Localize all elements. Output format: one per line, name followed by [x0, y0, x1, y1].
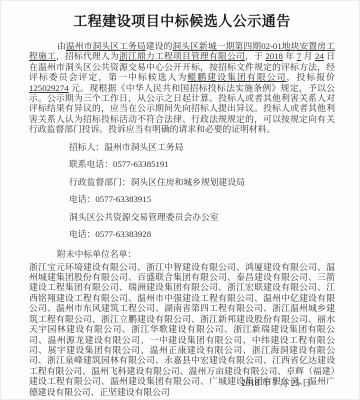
announcement-body: 由温州市洞头区工务局建设的洞头区新城一期第四期02-01地块安置房工程施工，招标…	[29, 41, 335, 135]
trade-office-phone-line: 电话：0577-63383928	[29, 229, 335, 240]
page-title: 工程建设项目中标候选人公示通告	[29, 11, 335, 31]
trade-office-line: 洞头区公共资源交易管理委员会办公室	[29, 212, 335, 223]
supervision-dept-line: 行政监督部门：洞头区住房和城乡规划建设局	[29, 177, 335, 188]
supervision-phone-line: 电话：0577-63383915	[29, 194, 335, 205]
tenderer-line: 招标人：温州市洞头区工务局	[29, 142, 335, 153]
publish-date: 2018 年 7 月 25 日	[241, 376, 311, 389]
contact-block: 招标人：温州市洞头区工务局 联系电话：0577-63385191 行政监督部门：…	[29, 142, 335, 240]
attachment-label: 附未中标单位名单：	[29, 247, 335, 260]
announcement-page: 工程建设项目中标候选人公示通告 由温州市洞头区工务局建设的洞头区新城一期第四期0…	[0, 0, 360, 400]
tenderer-phone-line: 联系电话：0577-63385191	[29, 159, 335, 170]
